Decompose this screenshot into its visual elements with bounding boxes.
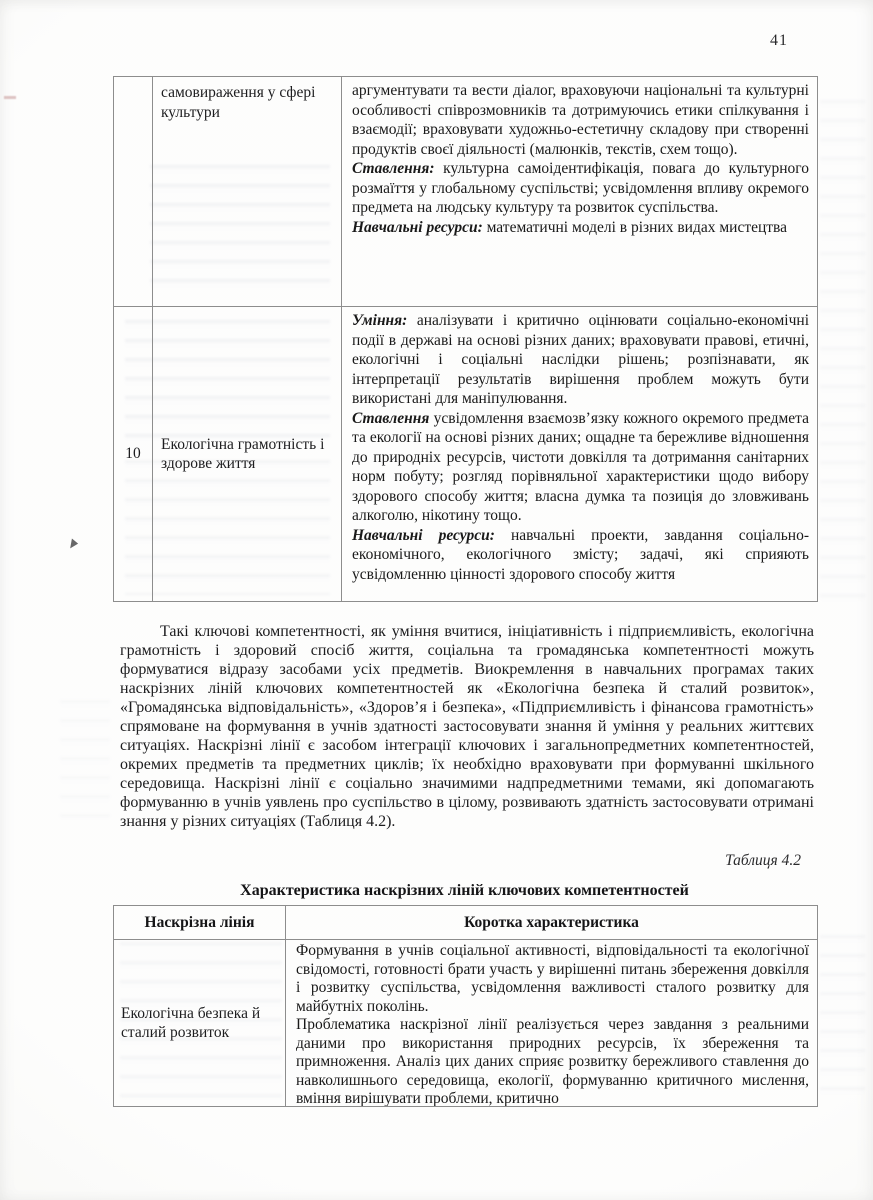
table-cell-description: аргументувати та вести діалог, враховуюч…: [342, 77, 817, 307]
paragraph-lead: Ставлення: [352, 410, 429, 427]
cell-line-name: Екологічна безпека й сталий розвиток: [114, 940, 286, 1106]
table-cell-competency: Екологічна грамотність і здорове життя: [153, 307, 342, 601]
column-header-characteristic: Коротка характеристика: [286, 906, 817, 940]
cell-paragraph: Уміння: аналізувати і критично оцінювати…: [352, 311, 809, 409]
body-paragraph: Такі ключові компетентності, як уміння в…: [120, 622, 814, 831]
cell-paragraph: Проблематика наскрізної лінії реалізуєть…: [296, 1016, 809, 1106]
cross-cutting-lines-table: Наскрізна лінія Коротка характеристика Е…: [113, 905, 818, 1107]
cell-paragraph: Навчальні ресурси: навчальні проекти, за…: [352, 526, 809, 585]
table-caption: Таблиця 4.2: [113, 852, 801, 870]
paragraph-lead: Навчальні ресурси:: [352, 219, 483, 236]
table-cell-description: Уміння: аналізувати і критично оцінювати…: [342, 307, 817, 601]
paragraph-lead: Навчальні ресурси:: [352, 527, 495, 544]
cell-paragraph: Формування в учнів соціальної активності…: [296, 942, 809, 1016]
scanned-document-page: 41 самовираження у сфері культури аргуме…: [0, 0, 873, 1200]
paragraph-lead: Ставлення:: [352, 160, 434, 177]
cross-cutting-table-title: Характеристика наскрізних ліній ключових…: [113, 882, 816, 900]
key-competencies-table: самовираження у сфері культури аргументу…: [113, 76, 818, 602]
table-cell-number: [114, 77, 153, 307]
table-cell-number: 10: [114, 307, 153, 601]
paragraph-lead: Уміння:: [352, 312, 407, 329]
table-cell-competency: самовираження у сфері культури: [153, 77, 342, 307]
cell-paragraph: Ставлення усвідомлення взаємозв’язку кож…: [352, 409, 809, 526]
cell-characteristic: Формування в учнів соціальної активності…: [286, 940, 817, 1106]
cell-paragraph: аргументувати та вести діалог, враховуюч…: [352, 81, 809, 159]
page-number: 41: [770, 32, 788, 50]
cell-paragraph: Навчальні ресурси: математичні моделі в …: [352, 218, 809, 238]
cell-paragraph: Ставлення: культурна самоідентифікація, …: [352, 159, 809, 218]
column-header-line: Наскрізна лінія: [114, 906, 286, 940]
